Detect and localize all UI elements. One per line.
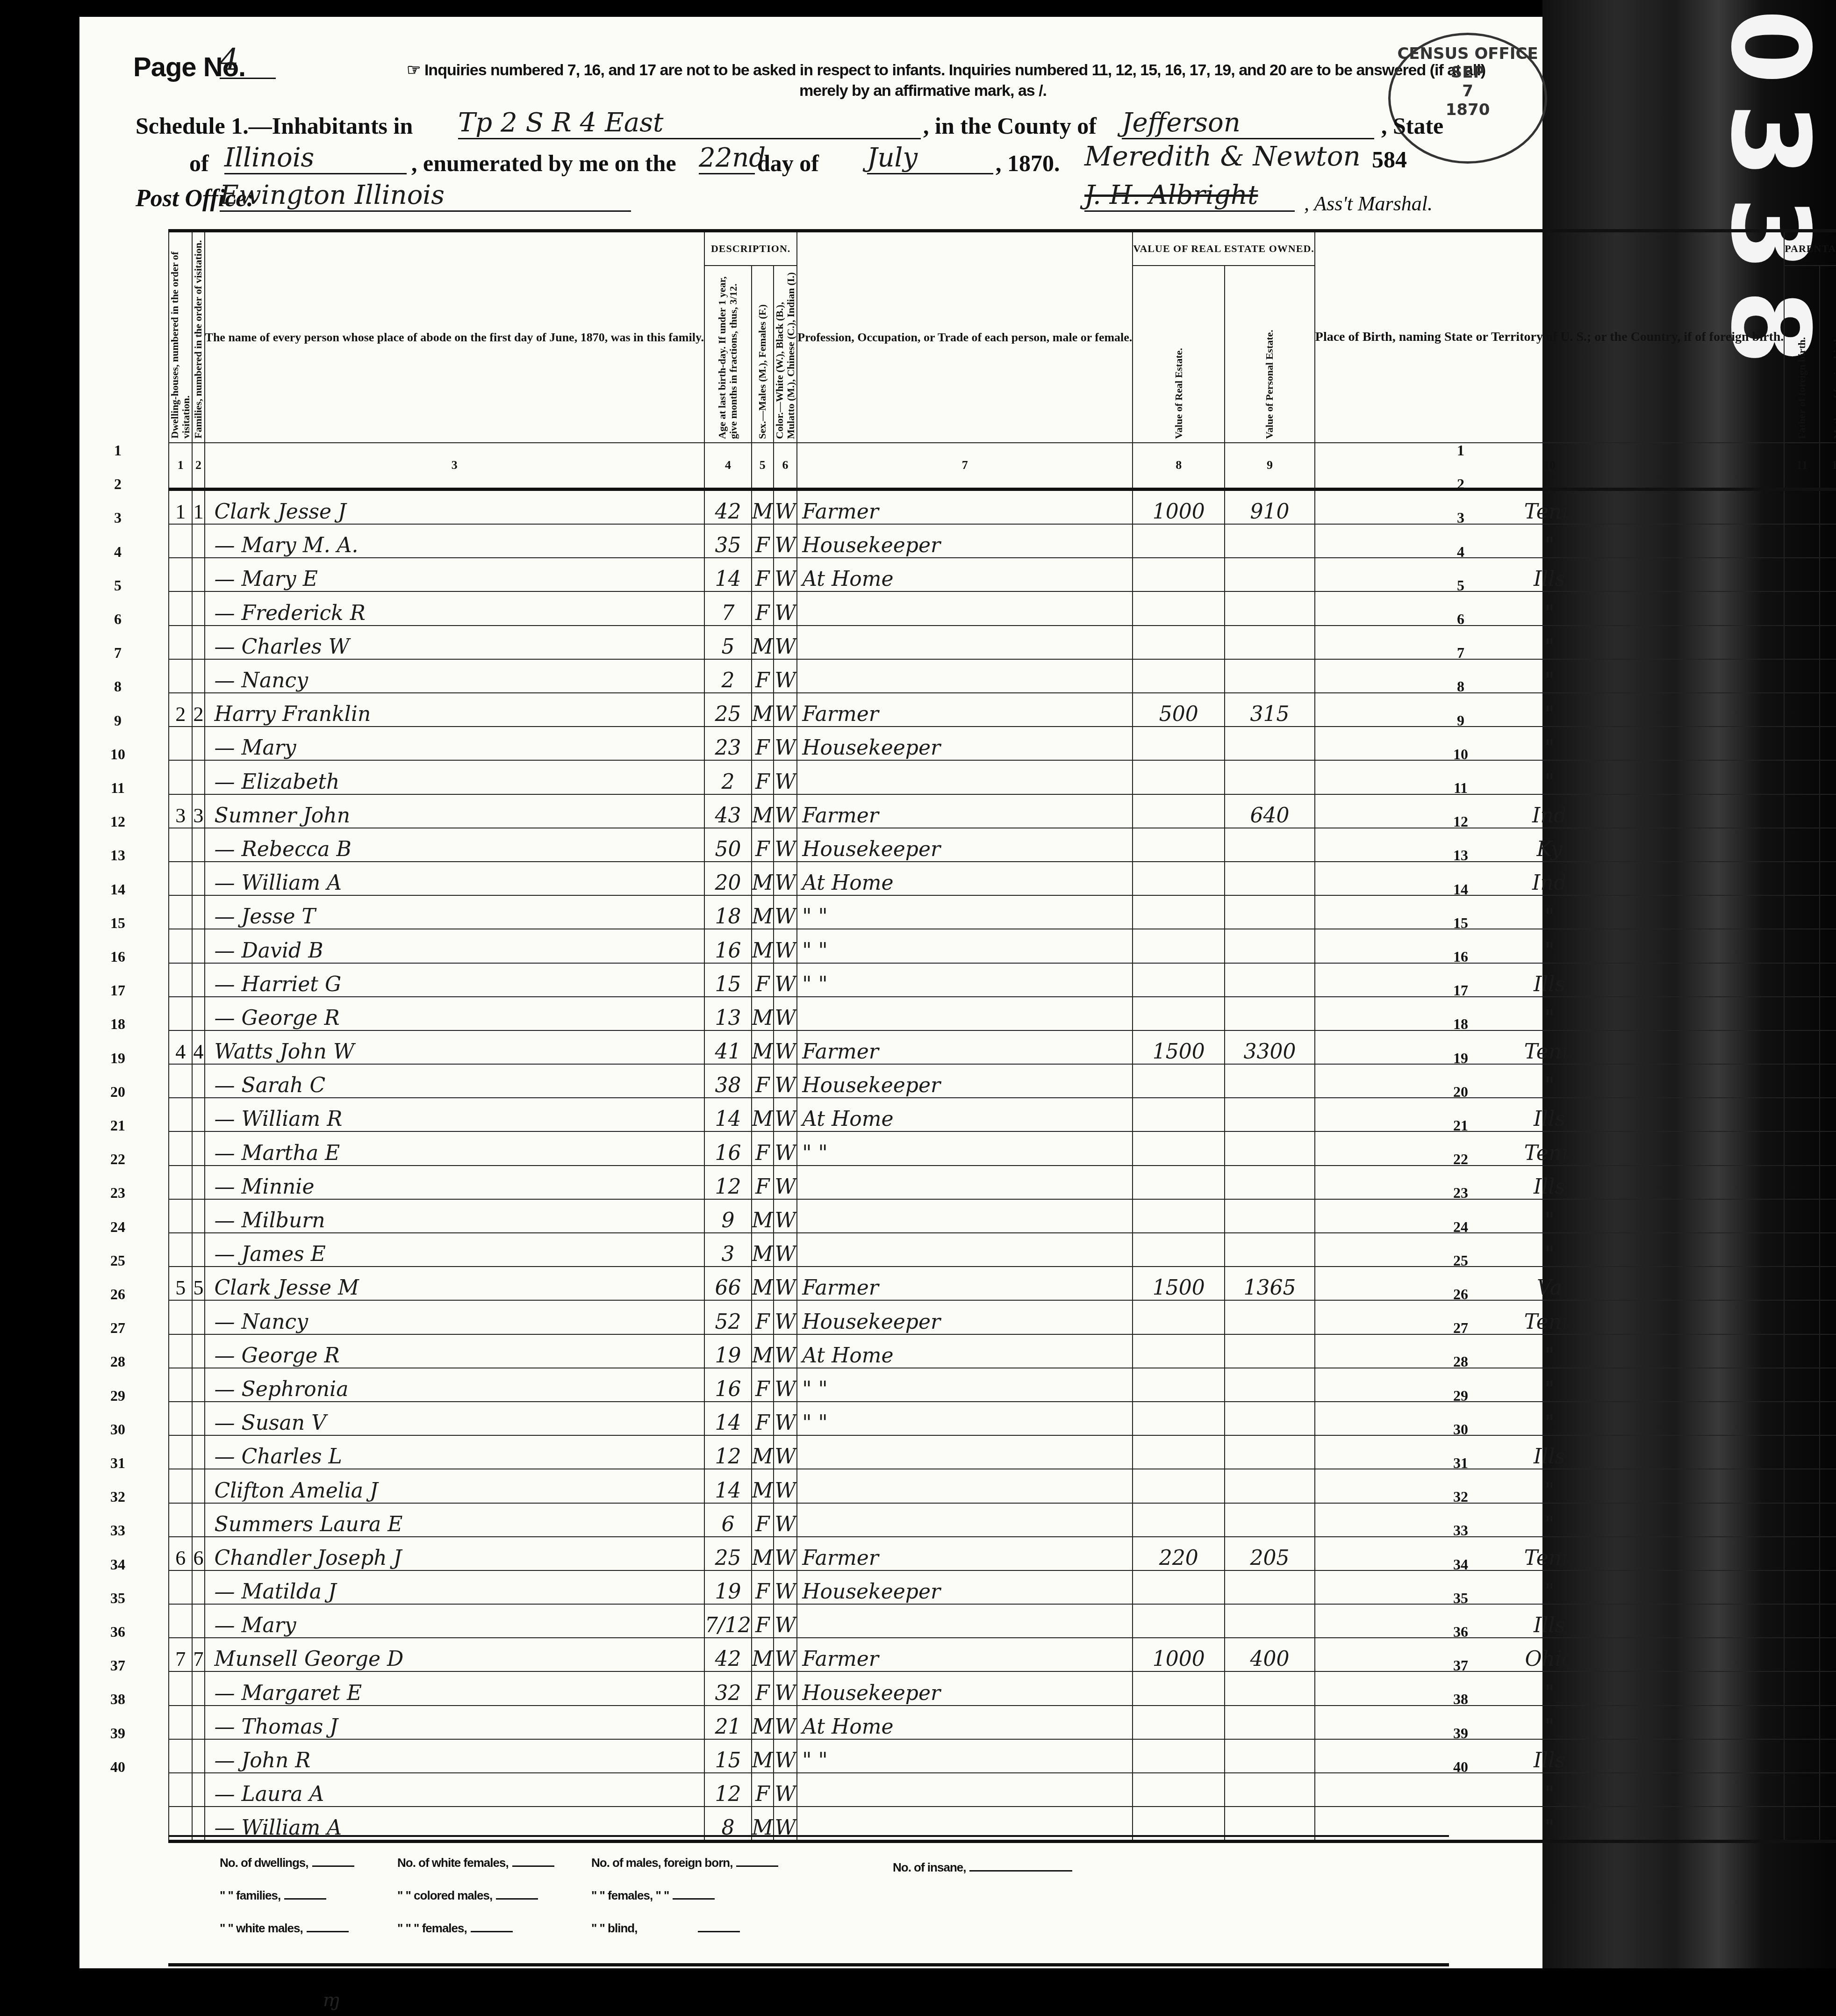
birthplace-cell: " bbox=[1315, 1233, 1784, 1267]
personal-estate-value-cell bbox=[1225, 1604, 1315, 1638]
census-row: — Sephronia16FW" "" bbox=[169, 1368, 1836, 1402]
mother-foreign-cell bbox=[1820, 1300, 1836, 1334]
family-number-cell bbox=[192, 1166, 204, 1199]
color-cell: W bbox=[774, 997, 797, 1030]
column-number: 9 bbox=[1225, 443, 1315, 490]
color-cell: W bbox=[774, 1537, 797, 1570]
occupation-cell: Farmer bbox=[797, 693, 1133, 727]
real-estate-value-cell: 1500 bbox=[1133, 1030, 1225, 1064]
father-foreign-cell bbox=[1784, 1671, 1820, 1705]
person-name-cell: — George R bbox=[205, 997, 704, 1030]
personal-estate-value-cell: 205 bbox=[1225, 1537, 1315, 1570]
birthplace-cell: " bbox=[1315, 929, 1784, 963]
occupation-cell: Farmer bbox=[797, 1267, 1133, 1300]
color-cell: W bbox=[774, 1739, 797, 1773]
summary-foreign-females: " " females, " " bbox=[591, 1888, 715, 1903]
birthplace-cell: Ky bbox=[1315, 828, 1784, 862]
age-cell: 2 bbox=[704, 760, 752, 794]
stray-pen-mark: ɱ bbox=[323, 1989, 340, 2011]
line-number: 15 bbox=[1447, 914, 1475, 932]
col-header-father-foreign: Father of foreign birth. bbox=[1784, 266, 1820, 443]
line-number: 28 bbox=[1447, 1353, 1475, 1370]
occupation-cell: Housekeeper bbox=[797, 1570, 1133, 1604]
line-number: 34 bbox=[1447, 1556, 1475, 1573]
line-number: 28 bbox=[104, 1353, 132, 1370]
census-row: Summers Laura E6FW" bbox=[169, 1503, 1836, 1537]
sex-cell: F bbox=[752, 828, 774, 862]
occupation-cell bbox=[797, 1604, 1133, 1638]
age-cell: 32 bbox=[704, 1671, 752, 1705]
county-label: , in the County of bbox=[923, 112, 1097, 139]
real-estate-value-cell: 1000 bbox=[1133, 489, 1225, 524]
column-number: 7 bbox=[797, 443, 1133, 490]
birthplace-cell: " bbox=[1315, 524, 1784, 558]
line-number: 40 bbox=[104, 1758, 132, 1776]
line-number: 8 bbox=[1447, 678, 1475, 695]
census-row: — Jesse T18MW" "" bbox=[169, 895, 1836, 929]
person-name-cell: — Elizabeth bbox=[205, 760, 704, 794]
line-number: 36 bbox=[1447, 1623, 1475, 1641]
col-header-birthplace: Place of Birth, naming State or Territor… bbox=[1315, 231, 1784, 443]
color-cell: W bbox=[774, 895, 797, 929]
occupation-cell bbox=[797, 659, 1133, 693]
census-row: — Milburn9MW" bbox=[169, 1199, 1836, 1233]
dwelling-number-cell bbox=[169, 1773, 192, 1807]
birthplace-cell: " bbox=[1315, 1469, 1784, 1503]
personal-estate-value-cell bbox=[1225, 591, 1315, 625]
family-number-cell bbox=[192, 1300, 204, 1334]
sex-cell: F bbox=[752, 1671, 774, 1705]
sex-cell: M bbox=[752, 1098, 774, 1131]
family-number-cell bbox=[192, 895, 204, 929]
line-number: 32 bbox=[1447, 1488, 1475, 1505]
color-cell: W bbox=[774, 727, 797, 760]
group-header-parentage: Parentage. bbox=[1784, 231, 1836, 266]
line-number: 17 bbox=[1447, 982, 1475, 999]
line-number: 38 bbox=[1447, 1691, 1475, 1708]
census-row: — John R15MW" "Ills bbox=[169, 1739, 1836, 1773]
census-row: — William R14MWAt HomeIlls bbox=[169, 1098, 1836, 1131]
person-name-cell: — David B bbox=[205, 929, 704, 963]
color-cell: W bbox=[774, 524, 797, 558]
person-name-cell: Summers Laura E bbox=[205, 1503, 704, 1537]
personal-estate-value-cell: 3300 bbox=[1225, 1030, 1315, 1064]
column-number: 12 bbox=[1820, 443, 1836, 490]
census-row: — Sarah C38FWHousekeeper" bbox=[169, 1064, 1836, 1098]
personal-estate-value-cell: 400 bbox=[1225, 1638, 1315, 1671]
person-name-cell: Watts John W bbox=[205, 1030, 704, 1064]
real-estate-value-cell bbox=[1133, 895, 1225, 929]
father-foreign-cell bbox=[1784, 862, 1820, 895]
person-name-cell: Clark Jesse M bbox=[205, 1267, 704, 1300]
family-number-cell bbox=[192, 1570, 204, 1604]
person-name-cell: — Susan V bbox=[205, 1402, 704, 1435]
color-cell: W bbox=[774, 1638, 797, 1671]
family-number-cell bbox=[192, 1064, 204, 1098]
dwelling-number-cell bbox=[169, 1166, 192, 1199]
sex-cell: M bbox=[752, 1030, 774, 1064]
census-row: — Frederick R7FW"/ bbox=[169, 591, 1836, 625]
occupation-cell bbox=[797, 626, 1133, 659]
color-cell: W bbox=[774, 1098, 797, 1131]
father-foreign-cell bbox=[1784, 524, 1820, 558]
mother-foreign-cell bbox=[1820, 895, 1836, 929]
census-row: 66Chandler Joseph J25MWFarmer220205Tenn/ bbox=[169, 1537, 1836, 1570]
sex-cell: F bbox=[752, 1166, 774, 1199]
occupation-cell bbox=[797, 1199, 1133, 1233]
census-row: 11Clark Jesse J42MWFarmer1000910Tenn/ bbox=[169, 489, 1836, 524]
birthplace-cell: Tenn bbox=[1315, 489, 1784, 524]
father-foreign-cell bbox=[1784, 659, 1820, 693]
color-cell: W bbox=[774, 693, 797, 727]
real-estate-value-cell bbox=[1133, 1402, 1225, 1435]
occupation-cell: Housekeeper bbox=[797, 1064, 1133, 1098]
census-row: — Susan V14FW" "" bbox=[169, 1402, 1836, 1435]
mother-foreign-cell bbox=[1820, 1199, 1836, 1233]
dwelling-number-cell bbox=[169, 1706, 192, 1739]
dwelling-number-cell: 3 bbox=[169, 794, 192, 828]
father-foreign-cell bbox=[1784, 1638, 1820, 1671]
dwelling-number-cell bbox=[169, 1064, 192, 1098]
line-number: 35 bbox=[104, 1590, 132, 1607]
census-row: — Harriet G15FW" "Ills/ bbox=[169, 963, 1836, 997]
birthplace-cell: " bbox=[1315, 760, 1784, 794]
line-number: 8 bbox=[104, 678, 132, 695]
occupation-cell bbox=[797, 591, 1133, 625]
line-number: 1 bbox=[104, 442, 132, 459]
summary-families: " " families, bbox=[220, 1888, 326, 1903]
personal-estate-value-cell bbox=[1225, 929, 1315, 963]
real-estate-value-cell bbox=[1133, 524, 1225, 558]
color-cell: W bbox=[774, 1030, 797, 1064]
family-number-cell bbox=[192, 929, 204, 963]
stamp-line: CENSUS OFFICE bbox=[1391, 44, 1545, 63]
birthplace-cell: " bbox=[1315, 1671, 1784, 1705]
personal-estate-value-cell bbox=[1225, 1739, 1315, 1773]
dwelling-number-cell bbox=[169, 1435, 192, 1469]
line-number: 17 bbox=[104, 982, 132, 999]
family-number-cell bbox=[192, 1435, 204, 1469]
line-number: 2 bbox=[1447, 475, 1475, 493]
family-number-cell bbox=[192, 591, 204, 625]
census-row: Clifton Amelia J14MW" bbox=[169, 1469, 1836, 1503]
mother-foreign-cell bbox=[1820, 929, 1836, 963]
dwelling-number-cell: 5 bbox=[169, 1267, 192, 1300]
color-cell: W bbox=[774, 963, 797, 997]
father-foreign-cell bbox=[1784, 1300, 1820, 1334]
census-row: — Nancy52FWHousekeeperTenn bbox=[169, 1300, 1836, 1334]
birthplace-cell: " bbox=[1315, 727, 1784, 760]
occupation-cell: Farmer bbox=[797, 1030, 1133, 1064]
census-row: 22Harry Franklin25MWFarmer500315"/ bbox=[169, 693, 1836, 727]
occupation-cell bbox=[797, 1233, 1133, 1267]
mother-foreign-cell bbox=[1820, 760, 1836, 794]
occupation-cell bbox=[797, 1773, 1133, 1807]
column-number: 2 bbox=[192, 443, 204, 490]
personal-estate-value-cell bbox=[1225, 1671, 1315, 1705]
person-name-cell: Sumner John bbox=[205, 794, 704, 828]
father-foreign-cell bbox=[1784, 1739, 1820, 1773]
mother-foreign-cell bbox=[1820, 693, 1836, 727]
census-row: — Margaret E32FWHousekeeper"" bbox=[169, 1671, 1836, 1705]
family-number-cell bbox=[192, 1503, 204, 1537]
mother-foreign-cell bbox=[1820, 626, 1836, 659]
father-foreign-cell bbox=[1784, 828, 1820, 862]
real-estate-value-cell: 1000 bbox=[1133, 1638, 1225, 1671]
person-name-cell: — William A bbox=[205, 862, 704, 895]
occupation-cell bbox=[797, 1435, 1133, 1469]
line-number: 36 bbox=[104, 1623, 132, 1641]
line-number: 12 bbox=[104, 813, 132, 830]
birthplace-cell: Ills bbox=[1315, 1098, 1784, 1131]
birthplace-cell: Ills bbox=[1315, 1166, 1784, 1199]
color-cell: W bbox=[774, 1671, 797, 1705]
of-label: of bbox=[189, 150, 209, 177]
column-number: 10 bbox=[1315, 443, 1784, 490]
person-name-cell: — James E bbox=[205, 1233, 704, 1267]
sex-cell: F bbox=[752, 1773, 774, 1807]
line-number: 7 bbox=[1447, 644, 1475, 662]
age-cell: 15 bbox=[704, 963, 752, 997]
birthplace-cell: Ills bbox=[1315, 1739, 1784, 1773]
age-cell: 23 bbox=[704, 727, 752, 760]
dwelling-number-cell bbox=[169, 929, 192, 963]
color-cell: W bbox=[774, 828, 797, 862]
census-row: 33Sumner John43MWFarmer640Ind/ bbox=[169, 794, 1836, 828]
line-number: 13 bbox=[104, 847, 132, 864]
person-name-cell: — Mary M. A. bbox=[205, 524, 704, 558]
sex-cell: F bbox=[752, 1064, 774, 1098]
birthplace-cell: Tenn bbox=[1315, 1131, 1784, 1165]
person-name-cell: — Laura A bbox=[205, 1773, 704, 1807]
line-number: 30 bbox=[1447, 1421, 1475, 1438]
age-cell: 13 bbox=[704, 997, 752, 1030]
line-number: 39 bbox=[104, 1725, 132, 1742]
mother-foreign-cell bbox=[1820, 489, 1836, 524]
sex-cell: F bbox=[752, 524, 774, 558]
color-cell: W bbox=[774, 1503, 797, 1537]
column-number: 1 bbox=[169, 443, 192, 490]
line-number: 27 bbox=[104, 1319, 132, 1337]
line-number: 15 bbox=[104, 914, 132, 932]
census-row: — Charles L12MWIlls bbox=[169, 1435, 1836, 1469]
dwelling-number-cell bbox=[169, 1739, 192, 1773]
line-number: 32 bbox=[104, 1488, 132, 1505]
father-foreign-cell bbox=[1784, 1604, 1820, 1638]
col-header-dwelling: Dwelling-houses, numbered in the order o… bbox=[169, 231, 192, 443]
mother-foreign-cell bbox=[1820, 1570, 1836, 1604]
day-field: 22nd bbox=[699, 143, 755, 174]
birthplace-cell: Va bbox=[1315, 1267, 1784, 1300]
person-name-cell: — Nancy bbox=[205, 659, 704, 693]
line-number: 14 bbox=[1447, 881, 1475, 898]
color-cell: W bbox=[774, 626, 797, 659]
real-estate-value-cell bbox=[1133, 1300, 1225, 1334]
sex-cell: M bbox=[752, 862, 774, 895]
line-number: 26 bbox=[104, 1286, 132, 1303]
color-cell: W bbox=[774, 1131, 797, 1165]
color-cell: W bbox=[774, 1402, 797, 1435]
line-number: 10 bbox=[104, 746, 132, 763]
personal-estate-value-cell bbox=[1225, 1064, 1315, 1098]
color-cell: W bbox=[774, 1233, 797, 1267]
col-header-age: Age at last birth-day. If under 1 year, … bbox=[704, 266, 752, 443]
line-number: 22 bbox=[104, 1151, 132, 1168]
line-number: 3 bbox=[104, 509, 132, 526]
real-estate-value-cell bbox=[1133, 862, 1225, 895]
personal-estate-value-cell bbox=[1225, 1503, 1315, 1537]
color-cell: W bbox=[774, 489, 797, 524]
real-estate-value-cell bbox=[1133, 626, 1225, 659]
age-cell: 7 bbox=[704, 591, 752, 625]
age-cell: 41 bbox=[704, 1030, 752, 1064]
age-cell: 3 bbox=[704, 1233, 752, 1267]
father-foreign-cell bbox=[1784, 760, 1820, 794]
line-number: 38 bbox=[104, 1691, 132, 1708]
summary-colored-females: " " " females, bbox=[397, 1921, 513, 1936]
family-number-cell bbox=[192, 1773, 204, 1807]
person-name-cell: — John R bbox=[205, 1739, 704, 1773]
family-number-cell bbox=[192, 1402, 204, 1435]
family-number-cell bbox=[192, 1334, 204, 1368]
real-estate-value-cell bbox=[1133, 1706, 1225, 1739]
line-number: 23 bbox=[104, 1184, 132, 1202]
sex-cell: M bbox=[752, 997, 774, 1030]
page-number-value: 4 bbox=[220, 43, 276, 79]
occupation-cell: Farmer bbox=[797, 794, 1133, 828]
col-header-color: Color.—White (W.), Black (B.), Mulatto (… bbox=[774, 266, 797, 443]
enumerator-signature: Meredith & Newton bbox=[1084, 140, 1361, 172]
dwelling-number-cell bbox=[169, 524, 192, 558]
age-cell: 12 bbox=[704, 1166, 752, 1199]
birthplace-cell: " bbox=[1315, 1402, 1784, 1435]
birthplace-cell: " bbox=[1315, 1503, 1784, 1537]
personal-estate-value-cell: 315 bbox=[1225, 693, 1315, 727]
census-row: — Elizabeth2FW" bbox=[169, 760, 1836, 794]
family-number-cell bbox=[192, 862, 204, 895]
mother-foreign-cell bbox=[1820, 1604, 1836, 1638]
census-row: 77Munsell George D42MWFarmer1000400OhioA… bbox=[169, 1638, 1836, 1671]
color-cell: W bbox=[774, 1166, 797, 1199]
marshal-signature: J. H. Albright bbox=[1084, 180, 1295, 212]
father-foreign-cell bbox=[1784, 1570, 1820, 1604]
age-cell: 20 bbox=[704, 862, 752, 895]
personal-estate-value-cell bbox=[1225, 727, 1315, 760]
mother-foreign-cell bbox=[1820, 1233, 1836, 1267]
line-number: 14 bbox=[104, 881, 132, 898]
birthplace-cell: Ills bbox=[1315, 558, 1784, 591]
occupation-cell bbox=[797, 1166, 1133, 1199]
personal-estate-value-cell bbox=[1225, 1435, 1315, 1469]
personal-estate-value-cell: 1365 bbox=[1225, 1267, 1315, 1300]
mother-foreign-cell bbox=[1820, 1638, 1836, 1671]
film-bottom-margin bbox=[0, 1968, 1836, 2016]
line-number: 19 bbox=[104, 1050, 132, 1067]
real-estate-value-cell bbox=[1133, 997, 1225, 1030]
color-cell: W bbox=[774, 659, 797, 693]
family-number-cell bbox=[192, 1706, 204, 1739]
person-name-cell: — Milburn bbox=[205, 1199, 704, 1233]
line-number: 6 bbox=[104, 611, 132, 628]
family-number-cell bbox=[192, 1604, 204, 1638]
mother-foreign-cell bbox=[1820, 1773, 1836, 1807]
census-row: — Nancy2FW" bbox=[169, 659, 1836, 693]
mother-foreign-cell bbox=[1820, 1267, 1836, 1300]
month-field: July bbox=[867, 143, 993, 174]
dwelling-number-cell bbox=[169, 558, 192, 591]
dwelling-number-cell bbox=[169, 626, 192, 659]
occupation-cell bbox=[797, 1503, 1133, 1537]
color-cell: W bbox=[774, 1300, 797, 1334]
col-header-name: The name of every person whose place of … bbox=[205, 231, 704, 443]
sex-cell: M bbox=[752, 794, 774, 828]
real-estate-value-cell bbox=[1133, 1064, 1225, 1098]
col-header-occupation: Profession, Occupation, or Trade of each… bbox=[797, 231, 1133, 443]
real-estate-value-cell bbox=[1133, 1368, 1225, 1402]
father-foreign-cell bbox=[1784, 963, 1820, 997]
real-estate-value-cell bbox=[1133, 591, 1225, 625]
sex-cell: M bbox=[752, 626, 774, 659]
dwelling-number-cell bbox=[169, 828, 192, 862]
father-foreign-cell bbox=[1784, 558, 1820, 591]
mother-foreign-cell bbox=[1820, 1402, 1836, 1435]
real-estate-value-cell bbox=[1133, 963, 1225, 997]
census-row: — Thomas J21MWAt Home"/ bbox=[169, 1706, 1836, 1739]
family-number-cell bbox=[192, 1469, 204, 1503]
dwelling-number-cell bbox=[169, 862, 192, 895]
mother-foreign-cell bbox=[1820, 1166, 1836, 1199]
father-foreign-cell bbox=[1784, 1131, 1820, 1165]
real-estate-value-cell bbox=[1133, 828, 1225, 862]
real-estate-value-cell bbox=[1133, 1570, 1225, 1604]
dwelling-number-cell bbox=[169, 1300, 192, 1334]
line-number: 24 bbox=[1447, 1218, 1475, 1236]
person-name-cell: — George R bbox=[205, 1334, 704, 1368]
mother-foreign-cell bbox=[1820, 1706, 1836, 1739]
census-row: — George R19MWAt Home" bbox=[169, 1334, 1836, 1368]
column-number: 4 bbox=[704, 443, 752, 490]
age-cell: 15 bbox=[704, 1739, 752, 1773]
age-cell: 14 bbox=[704, 1469, 752, 1503]
line-number: 21 bbox=[104, 1117, 132, 1134]
personal-estate-value-cell bbox=[1225, 524, 1315, 558]
line-number: 3 bbox=[1447, 509, 1475, 526]
color-cell: W bbox=[774, 1604, 797, 1638]
father-foreign-cell bbox=[1784, 727, 1820, 760]
birthplace-cell: " bbox=[1315, 1570, 1784, 1604]
census-row: — Charles W5MW" bbox=[169, 626, 1836, 659]
personal-estate-value-cell bbox=[1225, 659, 1315, 693]
dwelling-number-cell bbox=[169, 1604, 192, 1638]
real-estate-value-cell bbox=[1133, 929, 1225, 963]
real-estate-value-cell: 1500 bbox=[1133, 1267, 1225, 1300]
person-name-cell: Clifton Amelia J bbox=[205, 1469, 704, 1503]
real-estate-value-cell bbox=[1133, 727, 1225, 760]
col-header-mother-foreign: Mother of foreign birth. bbox=[1820, 266, 1836, 443]
family-number-cell: 7 bbox=[192, 1638, 204, 1671]
line-number: 31 bbox=[1447, 1454, 1475, 1472]
summary-colored-males: " " colored males, bbox=[397, 1888, 538, 1903]
father-foreign-cell bbox=[1784, 1166, 1820, 1199]
column-number: 6 bbox=[774, 443, 797, 490]
family-number-cell bbox=[192, 1199, 204, 1233]
father-foreign-cell bbox=[1784, 1233, 1820, 1267]
color-cell: W bbox=[774, 1435, 797, 1469]
occupation-cell: Housekeeper bbox=[797, 1300, 1133, 1334]
sequence-number: 584 bbox=[1372, 146, 1407, 173]
occupation-cell: " " bbox=[797, 1739, 1133, 1773]
column-number: 3 bbox=[205, 443, 704, 490]
